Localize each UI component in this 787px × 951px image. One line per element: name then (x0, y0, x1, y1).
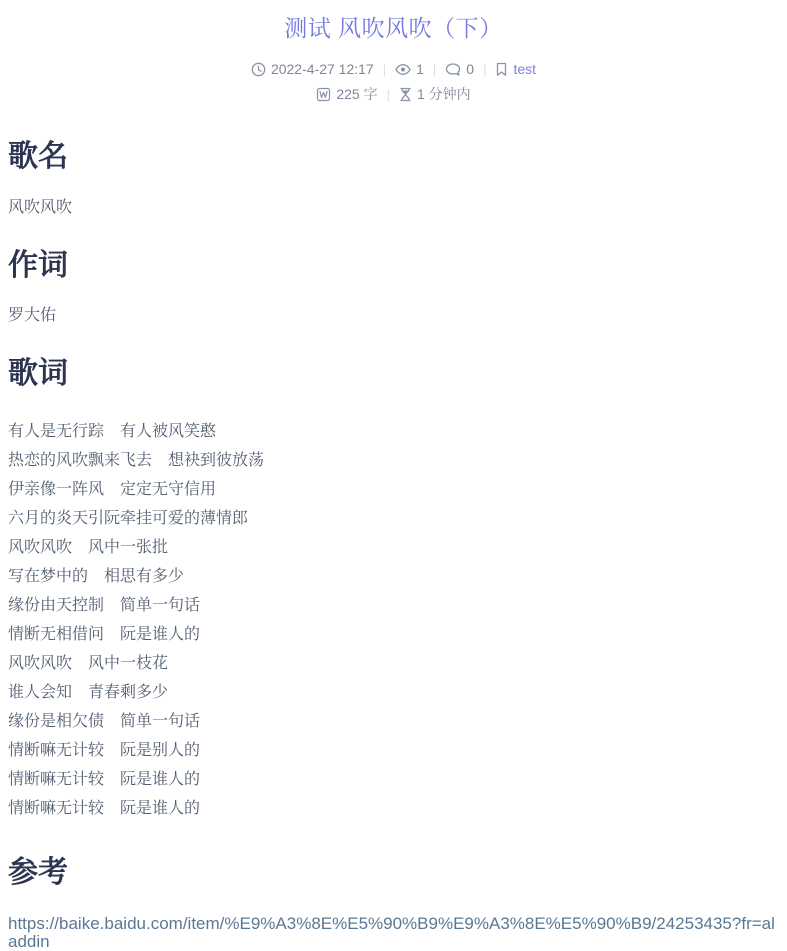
reference-link[interactable]: https://baike.baidu.com/item/%E9%A3%8E%E… (8, 914, 775, 951)
lyric-line: 情断无相借问 阮是谁人的 (8, 620, 779, 649)
tag-link[interactable]: test (513, 57, 536, 82)
meta-views: 1 (395, 57, 424, 82)
lyric-line: 缘份由天控制 简单一句话 (8, 591, 779, 620)
lyric-line: 缘份是相欠债 简单一句话 (8, 707, 779, 736)
meta-separator: | (387, 82, 390, 107)
section-heading-song-name: 歌名 (8, 141, 779, 173)
section-heading-lyricist: 作词 (8, 250, 779, 282)
bookmark-icon (495, 62, 508, 77)
meta-row-2: 225 字 | 1 分钟内 (0, 82, 787, 107)
lyric-line: 风吹风吹 风中一枝花 (8, 649, 779, 678)
meta-comments: 0 (445, 57, 474, 82)
page-title: 测试 风吹风吹（下） (0, 10, 787, 43)
meta-comments-count: 0 (466, 57, 474, 82)
lyric-line: 风吹风吹 风中一张批 (8, 533, 779, 562)
section-heading-lyrics: 歌词 (8, 358, 779, 390)
clock-icon (251, 62, 266, 77)
lyric-line: 情断嘛无计较 阮是谁人的 (8, 765, 779, 794)
meta-word-count-text: 225 字 (336, 82, 377, 107)
post-content: 歌名 风吹风吹 作词 罗大佑 歌词 有人是无行踪 有人被风笑憨 热恋的风吹飘来飞… (0, 141, 787, 951)
meta-separator: | (483, 57, 486, 82)
lyric-line: 谁人会知 青春剩多少 (8, 678, 779, 707)
meta-row-1: 2022-4-27 12:17 | 1 | 0 | (0, 57, 787, 82)
lyric-line: 伊亲像一阵风 定定无守信用 (8, 475, 779, 504)
eye-icon (395, 63, 411, 76)
meta-date-text: 2022-4-27 12:17 (271, 57, 374, 82)
word-count-icon (316, 87, 331, 102)
section-heading-reference: 参考 (8, 857, 779, 889)
comment-icon (445, 63, 461, 77)
lyricist-text: 罗大佑 (8, 308, 779, 324)
meta-read-time: 1 分钟内 (399, 82, 471, 107)
lyrics-block: 有人是无行踪 有人被风笑憨 热恋的风吹飘来飞去 想袂到彼放荡 伊亲像一阵风 定定… (8, 417, 779, 823)
hourglass-icon (399, 87, 412, 102)
meta-date: 2022-4-27 12:17 (251, 57, 374, 82)
lyric-line: 六月的炎天引阮牵挂可爱的薄情郎 (8, 504, 779, 533)
meta-separator: | (433, 57, 436, 82)
lyric-line: 情断嘛无计较 阮是别人的 (8, 736, 779, 765)
lyric-line: 情断嘛无计较 阮是谁人的 (8, 794, 779, 823)
lyric-line: 写在梦中的 相思有多少 (8, 562, 779, 591)
post-header: 测试 风吹风吹（下） 2022-4-27 12:17 | 1 | (0, 0, 787, 107)
lyric-line: 热恋的风吹飘来飞去 想袂到彼放荡 (8, 446, 779, 475)
meta-separator: | (383, 57, 386, 82)
meta-word-count: 225 字 (316, 82, 377, 107)
meta-tag: test (495, 57, 536, 82)
reference-paragraph: https://baike.baidu.com/item/%E9%A3%8E%E… (8, 915, 779, 951)
song-name-text: 风吹风吹 (8, 200, 779, 216)
meta-views-count: 1 (416, 57, 424, 82)
meta-read-time-text: 1 分钟内 (417, 82, 471, 107)
lyric-line: 有人是无行踪 有人被风笑憨 (8, 417, 779, 446)
